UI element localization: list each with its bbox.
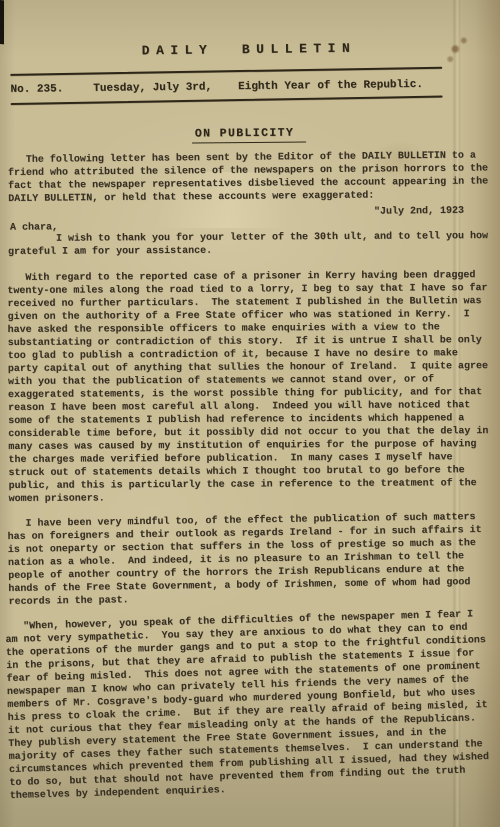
stray-pen-mark: - (14, 788, 21, 800)
intro-paragraph: The following letter has been sent by th… (8, 149, 490, 206)
masthead-divider-bottom (11, 96, 443, 106)
letter-paragraph: "When, however, you speak of the difficu… (5, 608, 492, 803)
masthead-divider-top (10, 67, 442, 76)
document-sheet: DAILY BULLETIN No. 235. Tuesday, July 3r… (0, 0, 500, 803)
letter-body: The following letter has been sent by th… (8, 154, 490, 803)
masthead: DAILY BULLETIN No. 235. Tuesday, July 3r… (7, 0, 490, 104)
issue-year-line: Eighth Year of the Republic. (238, 79, 423, 93)
scanned-document-page: DAILY BULLETIN No. 235. Tuesday, July 3r… (0, 0, 500, 827)
letter-paragraph: I wish to thank you for your letter of t… (8, 230, 490, 259)
issue-number: No. 235. (10, 83, 63, 96)
article-heading-wrap: ON PUBLICITY (8, 121, 490, 145)
masthead-title: DAILY BULLETIN (8, 39, 490, 60)
issue-row: No. 235. Tuesday, July 3rd, Eighth Year … (8, 78, 490, 96)
letter-paragraph: With regard to the reported case of a pr… (7, 269, 490, 506)
letter-paragraph: I have been very mindful too, of the eff… (7, 511, 490, 609)
article-heading: ON PUBLICITY (192, 127, 307, 144)
issue-date: Tuesday, July 3rd, (93, 81, 212, 94)
